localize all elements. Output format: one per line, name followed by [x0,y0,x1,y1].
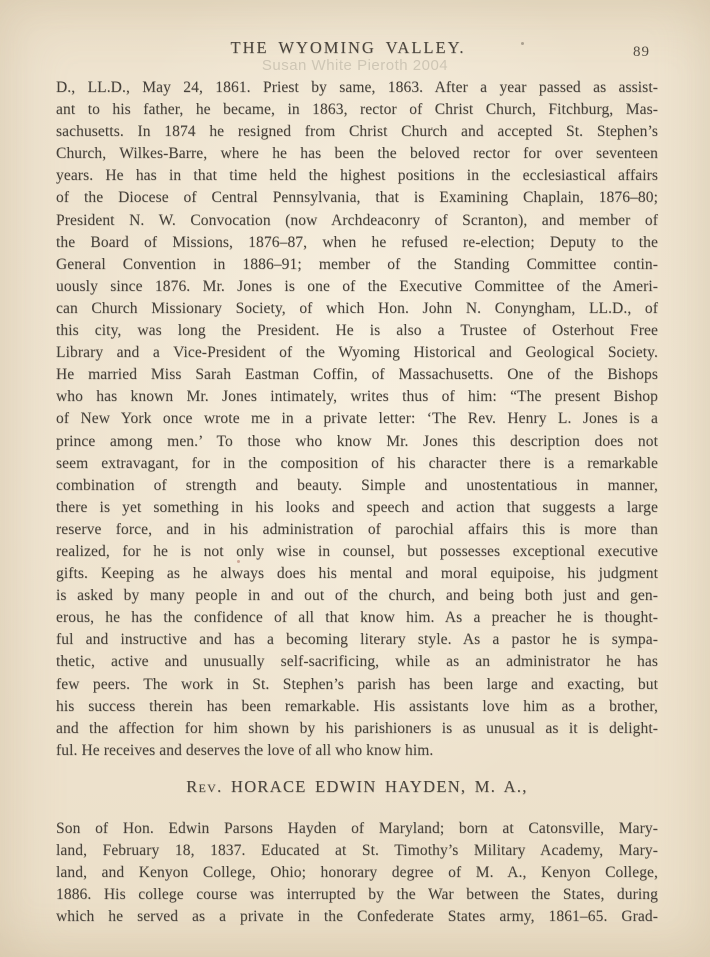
text-line: which he served as a private in the Conf… [56,906,658,928]
text-line: thetic, active and unusually self-sacrif… [56,651,658,673]
text-line: sachusetts. In 1874 he resigned from Chr… [56,121,658,143]
text-line: General Convention in 1886–91; member of… [56,254,658,276]
text-line: prince among men.’ To those who know Mr.… [56,431,658,453]
text-line: Son of Hon. Edwin Parsons Hayden of Mary… [56,818,658,840]
running-title: THE WYOMING VALLEY. [0,38,696,58]
paragraph-hayden-biography: Son of Hon. Edwin Parsons Hayden of Mary… [56,818,658,928]
text-line: seem extravagant, for in the composition… [56,453,658,475]
paragraph-jones-biography: D., LL.D., May 24, 1861. Priest by same,… [56,77,658,762]
watermark-text: Susan White Pieroth 2004 [0,57,710,74]
text-line: 1886. His college course was interrupted… [56,884,658,906]
text-line: D., LL.D., May 24, 1861. Priest by same,… [56,77,658,99]
text-line: He married Miss Sarah Eastman Coffin, of… [56,364,658,386]
paper-speck [237,560,240,563]
text-line: is asked by many people in and out of th… [56,585,658,607]
text-line: Church, Wilkes-Barre, where he has been … [56,143,658,165]
text-line: the Board of Missions, 1876–87, when he … [56,232,658,254]
text-line: of New York once wrote me in a private l… [56,408,658,430]
text-line: can Church Missionary Society, of which … [56,298,658,320]
text-line: combination of strength and beauty. Simp… [56,475,658,497]
text-line: land, and Kenyon College, Ohio; honorary… [56,862,658,884]
paper-speck [431,127,433,129]
text-line: ful. He receives and deserves the love o… [56,740,658,762]
book-page: THE WYOMING VALLEY. 89 Susan White Piero… [0,0,710,957]
text-line: ant to his father, he became, in 1863, r… [56,99,658,121]
text-line: who has known Mr. Jones intimately, writ… [56,386,658,408]
text-line: his success therein has been remarkable.… [56,696,658,718]
text-line: land, February 18, 1837. Educated at St.… [56,840,658,862]
text-line: erous, he has the confidence of all that… [56,607,658,629]
text-line: and the affection for him shown by his p… [56,718,658,740]
text-line: Library and a Vice-President of the Wyom… [56,342,658,364]
text-line: President N. W. Convocation (now Archdea… [56,210,658,232]
text-line: reserve force, and in his administration… [56,519,658,541]
text-line: this city, was long the President. He is… [56,320,658,342]
text-line: uously since 1876. Mr. Jones is one of t… [56,276,658,298]
text-line: of the Diocese of Central Pennsylvania, … [56,187,658,209]
text-line: few peers. The work in St. Stephen’s par… [56,674,658,696]
section-heading-hayden: Rev. HORACE EDWIN HAYDEN, M. A., [56,775,658,799]
text-line: ful and instructive and has a becoming l… [56,629,658,651]
text-line: gifts. Keeping as he always does his men… [56,563,658,585]
paper-speck [521,42,524,45]
page-body: D., LL.D., May 24, 1861. Priest by same,… [56,77,658,928]
text-line: realized, for he is not only wise in cou… [56,541,658,563]
text-line: there is yet something in his looks and … [56,497,658,519]
text-line: years. He has in that time held the high… [56,165,658,187]
